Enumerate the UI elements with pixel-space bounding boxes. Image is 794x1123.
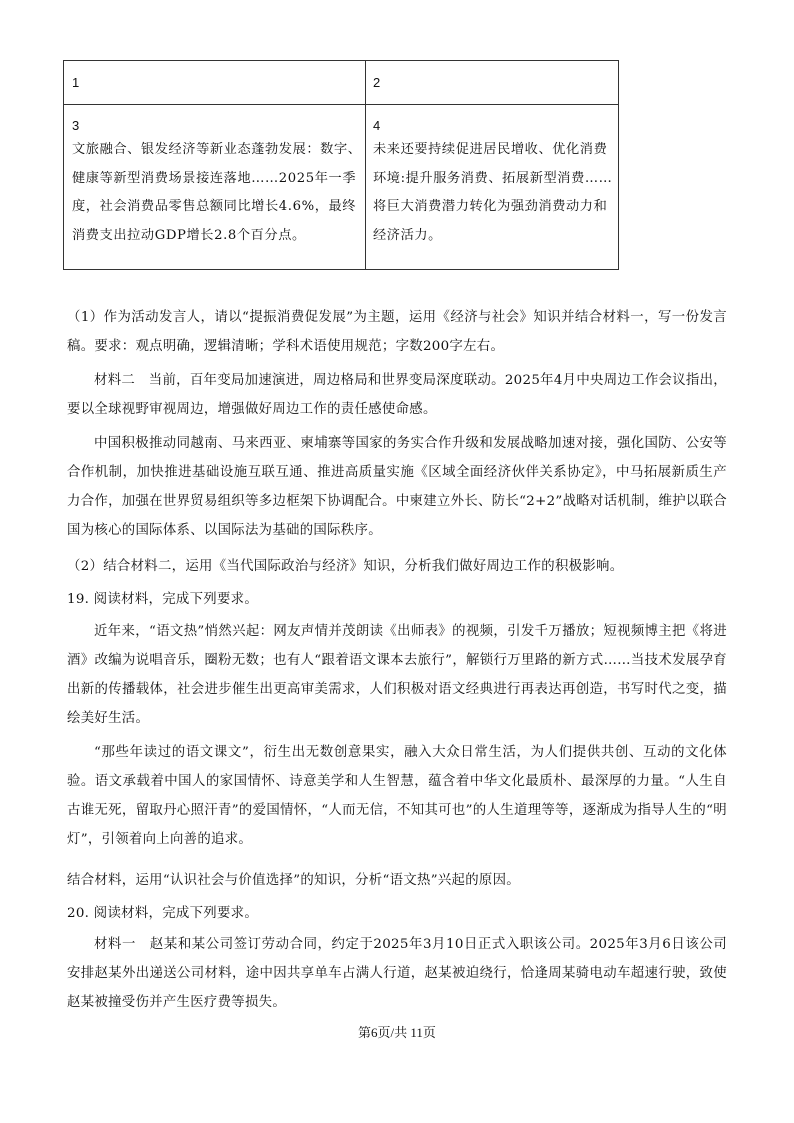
cell-number: 1 bbox=[72, 75, 79, 91]
table-divider-vertical bbox=[365, 61, 366, 269]
table-cell-1: 1 bbox=[72, 75, 79, 91]
material-table: 1 2 3 文旅融合、银发经济等新业态蓬勃发展：数字、健康等新型消费场景接连落地… bbox=[63, 60, 619, 270]
cell-number: 3 bbox=[72, 118, 362, 134]
table-cell-4: 4 未来还要持续促进居民增收、优化消费环境:提升服务消费、拓展新型消费……将巨大… bbox=[373, 118, 615, 250]
table-cell-2: 2 bbox=[373, 75, 380, 91]
q18-material2-body: 中国积极推动同越南、马来西亚、柬埔寨等国家的务实合作升级和发展战略加速对接，强化… bbox=[67, 429, 727, 545]
q20-heading: 20. 阅读材料，完成下列要求。 bbox=[67, 899, 727, 928]
page-number: 第6页/共 11页 bbox=[0, 1022, 794, 1041]
q20-material1: 材料一 赵某和某公司签订劳动合同，约定于2025年3月10日正式入职该公司。20… bbox=[67, 930, 727, 1017]
q19-paragraph-2: “那些年读过的语文课文”，衍生出无数创意果实，融入大众日常生活，为人们提供共创、… bbox=[67, 738, 727, 854]
cell-number: 2 bbox=[373, 75, 380, 91]
cell-number: 4 bbox=[373, 118, 615, 134]
q18-part1: （1）作为活动发言人，请以“提振消费促发展”为主题，运用《经济与社会》知识并结合… bbox=[67, 303, 727, 361]
table-divider-horizontal bbox=[64, 104, 618, 105]
q19-paragraph-1: 近年来，“语文热”悄然兴起：网友声情并茂朗读《出师表》的视频，引发千万播放；短视… bbox=[67, 617, 727, 733]
cell-text: 未来还要持续促进居民增收、优化消费环境:提升服务消费、拓展新型消费……将巨大消费… bbox=[373, 136, 615, 250]
table-cell-3: 3 文旅融合、银发经济等新业态蓬勃发展：数字、健康等新型消费场景接连落地……20… bbox=[72, 118, 362, 250]
q18-part2: （2）结合材料二，运用《当代国际政治与经济》知识，分析我们做好周边工作的积极影响… bbox=[67, 552, 727, 581]
q19-question: 结合材料，运用“认识社会与价值选择”的知识，分析“语文热”兴起的原因。 bbox=[67, 866, 727, 895]
q19-heading: 19. 阅读材料，完成下列要求。 bbox=[67, 585, 727, 614]
cell-text: 文旅融合、银发经济等新业态蓬勃发展：数字、健康等新型消费场景接连落地……2025… bbox=[72, 136, 362, 250]
q18-material2-intro: 材料二 当前，百年变局加速演进，周边格局和世界变局深度联动。2025年4月中央周… bbox=[67, 366, 727, 424]
